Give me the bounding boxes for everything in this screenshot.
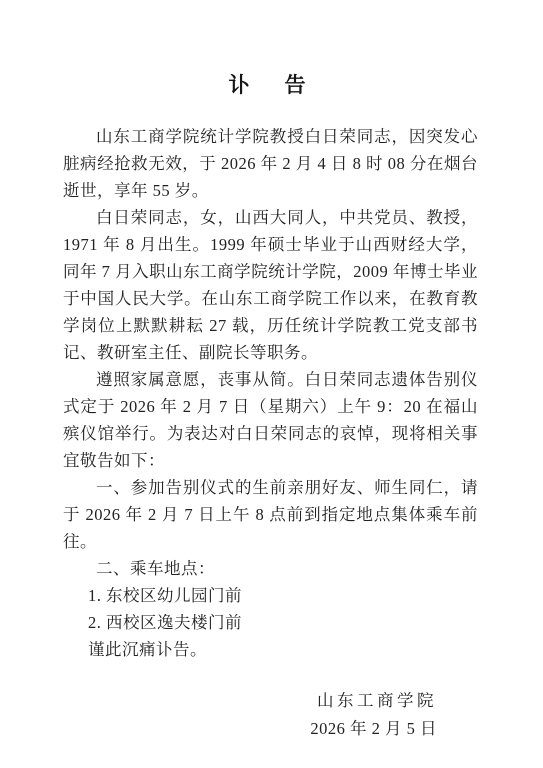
- paragraph: 一、参加告别仪式的生前亲朋好友、师生同仁，请于 2026 年 2 月 7 日上午…: [63, 474, 478, 555]
- paragraph: 2. 西校区逸夫楼门前: [63, 609, 478, 636]
- paragraph: 1. 东校区幼儿园门前: [63, 582, 478, 609]
- signature-date: 2026 年 2 月 5 日: [63, 715, 437, 743]
- document-title: 讣 告: [63, 72, 478, 99]
- paragraph: 山东工商学院统计学院教授白日荣同志，因突发心脏病经抢救无效，于 2026 年 2…: [63, 123, 478, 204]
- document-page: 讣 告 山东工商学院统计学院教授白日荣同志，因突发心脏病经抢救无效，于 2026…: [0, 0, 543, 768]
- signature-organization: 山东工商学院: [63, 687, 437, 715]
- paragraph: 白日荣同志，女，山西大同人，中共党员、教授，1971 年 8 月出生。1999 …: [63, 204, 478, 366]
- paragraph: 谨此沉痛讣告。: [63, 636, 478, 663]
- paragraph: 遵照家属意愿，丧事从简。白日荣同志遗体告别仪式定于 2026 年 2 月 7 日…: [63, 366, 478, 474]
- signature-block: 山东工商学院 2026 年 2 月 5 日: [63, 687, 478, 743]
- paragraph: 二、乘车地点：: [63, 555, 478, 582]
- document-body: 山东工商学院统计学院教授白日荣同志，因突发心脏病经抢救无效，于 2026 年 2…: [63, 123, 478, 663]
